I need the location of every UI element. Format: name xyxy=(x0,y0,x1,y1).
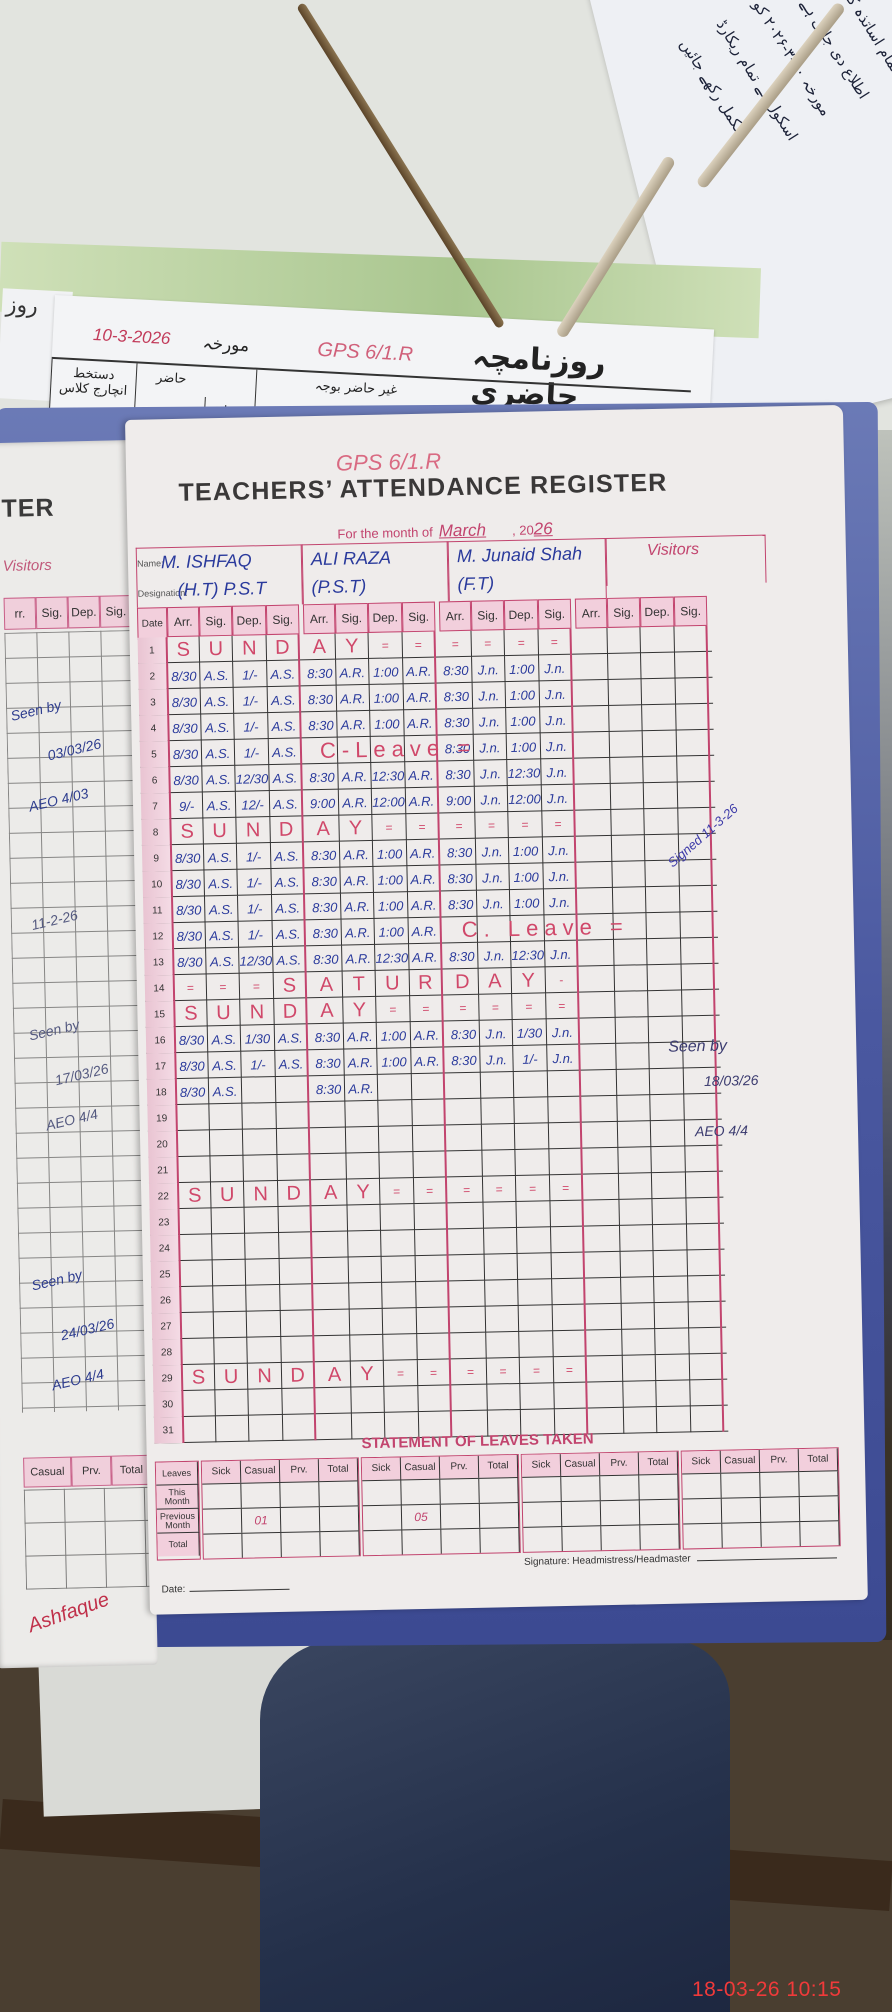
visitor-cell xyxy=(684,1094,718,1121)
casual-leave-note: C-Leave = xyxy=(320,735,477,764)
attendance-cell: A.S. xyxy=(205,896,239,923)
date-cell: 6 xyxy=(140,767,171,794)
year-value: 26 xyxy=(533,519,552,538)
attendance-cell: A.R. xyxy=(409,943,443,970)
column-header: Dep. xyxy=(640,597,675,628)
date-column-header: Date xyxy=(137,607,168,640)
attendance-cell: J.n. xyxy=(540,681,574,708)
attendance-cell: D xyxy=(270,816,304,843)
attendance-cell xyxy=(413,1125,447,1152)
teacher-block-2: ALI RAZA (P.S.T) xyxy=(302,541,449,604)
attendance-cell: J.n. xyxy=(543,837,577,864)
leaves-teacher-block: SickCasualPrv.Total01 xyxy=(201,1457,361,1559)
attendance-cell: J.n. xyxy=(473,708,507,735)
visitor-aeo: AEO 4/4 xyxy=(695,1122,748,1139)
attendance-cell: Y xyxy=(347,1179,381,1206)
date-cell: 1 xyxy=(138,637,169,664)
attendance-cell: N xyxy=(233,635,268,662)
attendance-cell xyxy=(517,1227,552,1254)
leaves-value-cell xyxy=(523,1527,562,1552)
attendance-cell xyxy=(180,1234,213,1261)
attendance-cell xyxy=(349,1257,383,1284)
leaves-value-cell xyxy=(402,1530,441,1555)
attendance-cell: 1:00 xyxy=(369,658,404,685)
attendance-cell xyxy=(514,1097,549,1124)
attendance-cell xyxy=(350,1335,384,1362)
visitor-cell xyxy=(581,888,614,915)
leaves-value-cell xyxy=(722,1523,761,1548)
attendance-cell xyxy=(551,1227,585,1254)
attendance-cell xyxy=(216,1416,250,1443)
visitor-seen-by: Seen by xyxy=(668,1038,727,1057)
attendance-cell: A.R. xyxy=(407,839,441,866)
attendance-cell: 1/- xyxy=(239,921,274,948)
column-header: Sig. xyxy=(402,602,436,633)
visitor-cell xyxy=(579,784,612,811)
attendance-cell: 9:00 xyxy=(307,790,340,817)
attendance-cell: 1:00 xyxy=(506,681,541,708)
attendance-cell: 8/30 xyxy=(172,844,205,871)
attendance-cell: = xyxy=(418,1359,452,1386)
column-header: Sig. xyxy=(335,603,369,634)
attendance-cell: 8/30 xyxy=(170,766,203,793)
attendance-cell: A.R. xyxy=(336,659,370,686)
attendance-cell: 12:30 xyxy=(375,944,410,971)
attendance-cell xyxy=(313,1102,346,1129)
attendance-cell: 8:30 xyxy=(312,1050,345,1077)
leaves-value-cell xyxy=(562,1501,601,1526)
teacher-designation: (P.S.T) xyxy=(311,576,366,598)
attendance-cell: = xyxy=(479,994,513,1021)
attendance-cell: J.n. xyxy=(542,785,576,812)
attendance-cell: S xyxy=(168,636,201,663)
attendance-cell: 8:30 xyxy=(306,764,339,791)
date-cell: 25 xyxy=(151,1261,182,1288)
leaves-value-cell: 01 xyxy=(242,1508,281,1533)
attendance-cell: 1/- xyxy=(237,843,272,870)
leaves-value-cell xyxy=(362,1480,401,1505)
attendance-cell xyxy=(282,1388,316,1415)
visitors-block: Visitors xyxy=(606,535,767,586)
attendance-cell: 8:30 xyxy=(442,761,475,788)
leaves-col-header: Prv. xyxy=(760,1449,799,1472)
attendance-cell: A.R. xyxy=(408,917,442,944)
attendance-cell xyxy=(279,1206,313,1233)
attendance-cell xyxy=(318,1309,351,1336)
attendance-cell: 8:30 xyxy=(304,660,337,687)
attendance-cell: 1/- xyxy=(234,687,269,714)
attendance-cell: 8:30 xyxy=(444,839,477,866)
leaves-col-header: Sick xyxy=(362,1457,401,1480)
visitor-cell xyxy=(580,836,613,863)
visitor-cell xyxy=(612,835,646,862)
visitor-cell xyxy=(578,758,611,785)
visitor-cell xyxy=(609,679,643,706)
visitor-cell xyxy=(618,1121,652,1148)
visitor-cell xyxy=(580,862,613,889)
attendance-cell xyxy=(182,1338,215,1365)
visitor-cell xyxy=(589,1252,622,1279)
visitor-cell xyxy=(584,1044,617,1071)
leaves-col-header: Prv. xyxy=(280,1459,319,1482)
attendance-cell: A.R. xyxy=(411,1021,445,1048)
attendance-cell: = xyxy=(384,1360,419,1387)
attendance-cell xyxy=(178,1156,211,1183)
attendance-cell: 1/- xyxy=(238,895,273,922)
signature-label: Signature: Headmistress/Headmaster xyxy=(524,1553,691,1567)
visitor-cell xyxy=(685,1146,719,1173)
attendance-cell xyxy=(382,1256,417,1283)
attendance-cell: Y xyxy=(339,815,373,842)
attendance-cell: 1:00 xyxy=(375,918,410,945)
attendance-cell: S xyxy=(171,818,204,845)
attendance-cell: = xyxy=(546,993,580,1020)
leaves-col-header: Casual xyxy=(561,1453,600,1476)
date-cell: 15 xyxy=(145,1001,176,1028)
attendance-cell: = xyxy=(447,995,480,1022)
attendance-cell: A.S. xyxy=(203,792,237,819)
attendance-cell xyxy=(515,1149,550,1176)
date-cell: 21 xyxy=(148,1157,179,1184)
leaves-value-cell xyxy=(601,1525,640,1550)
attendance-cell xyxy=(382,1282,417,1309)
attendance-cell: 1/- xyxy=(234,713,269,740)
date-cell: 30 xyxy=(153,1391,184,1418)
attendance-cell: = xyxy=(240,973,275,1000)
leaves-col-header: Total xyxy=(479,1455,518,1478)
attendance-cell: A.R. xyxy=(339,789,373,816)
attendance-cell xyxy=(384,1386,419,1413)
attendance-cell xyxy=(178,1130,211,1157)
leaves-col-header: Sick xyxy=(522,1454,561,1477)
date-cell: 8 xyxy=(141,819,172,846)
date-cell: 28 xyxy=(152,1339,183,1366)
visitor-cell xyxy=(608,653,642,680)
attendance-cell xyxy=(181,1260,214,1287)
attendance-cell xyxy=(214,1338,248,1365)
visitor-cell xyxy=(624,1407,658,1434)
visitor-cell xyxy=(643,731,678,758)
attendance-cell xyxy=(514,1071,549,1098)
visitor-cell xyxy=(585,1070,618,1097)
visitor-cell xyxy=(656,1354,691,1381)
visitor-cell xyxy=(583,966,616,993)
column-header: Arr. xyxy=(439,601,472,632)
attendance-cell: D xyxy=(267,634,301,661)
visitor-cell xyxy=(583,992,616,1019)
visitor-cell xyxy=(677,730,711,757)
attendance-register-page: GPS 6/1.R TEACHERS’ ATTENDANCE REGISTER … xyxy=(125,405,868,1615)
attendance-cell: A xyxy=(319,1361,352,1388)
leaves-value-cell xyxy=(480,1503,519,1528)
attendance-cell: 8:30 xyxy=(441,683,474,710)
visitor-cell xyxy=(610,731,644,758)
visitor-cell xyxy=(619,1173,653,1200)
attendance-cell: = xyxy=(538,629,572,656)
visitors-label: Visitors xyxy=(647,541,700,560)
teacher-name: M. Junaid Shah xyxy=(457,543,582,567)
attendance-cell xyxy=(379,1152,414,1179)
attendance-cell xyxy=(487,1384,521,1411)
visitor-cell xyxy=(688,1250,722,1277)
column-header: Sig. xyxy=(199,606,233,637)
visitor-cell xyxy=(587,1200,620,1227)
visitor-cell xyxy=(591,1382,624,1409)
attendance-cell xyxy=(453,1281,486,1308)
attendance-cell: 8:30 xyxy=(441,709,474,736)
attendance-cell xyxy=(317,1283,350,1310)
attendance-cell: A.S. xyxy=(269,738,303,765)
visitor-cell xyxy=(621,1277,655,1304)
daily-date: 10-3-2026 xyxy=(92,325,170,349)
attendance-cell xyxy=(316,1206,349,1233)
attendance-cell: 8/30 xyxy=(172,870,205,897)
leaves-value-cell xyxy=(363,1505,402,1530)
attendance-cell xyxy=(549,1123,583,1150)
leaves-value-cell xyxy=(480,1528,519,1553)
column-header: Sig. xyxy=(266,604,300,635)
attendance-cell: A xyxy=(311,972,344,999)
attendance-cell: A.S. xyxy=(206,922,240,949)
visitor-cell xyxy=(611,783,645,810)
attendance-cell xyxy=(516,1201,551,1228)
visitor-cell xyxy=(653,1224,688,1251)
visitor-cell xyxy=(611,809,645,836)
teacher-name: ALI RAZA xyxy=(311,547,391,570)
column-header: Dep. xyxy=(504,599,539,630)
attendance-cell: J.n. xyxy=(547,1045,581,1072)
leaves-value-cell xyxy=(722,1498,761,1523)
attendance-cell: A.R. xyxy=(405,762,439,789)
attendance-cell: A.R. xyxy=(342,919,376,946)
attendance-cell: A xyxy=(479,968,513,995)
attendance-cell: 8:30 xyxy=(440,657,473,684)
visitor-cell xyxy=(613,887,647,914)
attendance-cell xyxy=(281,1310,315,1337)
attendance-cell: D xyxy=(274,998,308,1025)
attendance-cell xyxy=(242,1077,277,1104)
attendance-cell xyxy=(381,1230,416,1257)
attendance-cell xyxy=(417,1333,451,1360)
leaves-value-cell xyxy=(320,1506,359,1531)
column-header: Dep. xyxy=(368,602,403,633)
leaves-value-cell xyxy=(640,1525,679,1550)
visitor-cell xyxy=(642,679,677,706)
attendance-cell: A.S. xyxy=(202,766,236,793)
date-cell: 14 xyxy=(145,975,176,1002)
attendance-cell: A.S. xyxy=(275,1024,309,1051)
visitor-cell xyxy=(686,1172,720,1199)
attendance-cell xyxy=(349,1283,383,1310)
attendance-cell xyxy=(248,1389,283,1416)
visitor-cell xyxy=(690,1354,724,1381)
attendance-cell: = xyxy=(410,995,444,1022)
visitor-cell xyxy=(609,705,643,732)
attendance-cell: J.n. xyxy=(474,734,508,761)
leaves-value-cell xyxy=(320,1531,359,1556)
date-cell: 24 xyxy=(150,1235,181,1262)
attendance-cell xyxy=(455,1385,488,1412)
date-cell: 20 xyxy=(148,1131,179,1158)
attendance-cell xyxy=(347,1205,381,1232)
attendance-cell: = xyxy=(372,814,407,841)
leaves-value-cell xyxy=(242,1533,281,1558)
visitor-cell xyxy=(647,938,682,965)
attendance-cell: J.n. xyxy=(473,682,507,709)
attendance-cell: Y xyxy=(351,1361,385,1388)
attendance-cell: A.S. xyxy=(268,712,302,739)
attendance-cell: = xyxy=(403,632,437,659)
leaves-table: LeavesThis MonthPrevious MonthTotalSickC… xyxy=(155,1447,843,1560)
attendance-cell: A.S. xyxy=(275,1050,309,1077)
visitor-cell xyxy=(652,1172,687,1199)
leaves-value-cell xyxy=(280,1482,319,1507)
visitor-cell xyxy=(621,1251,655,1278)
visitor-cell xyxy=(620,1225,654,1252)
attendance-cell: A.R. xyxy=(338,763,372,790)
attendance-cell: 8/30 xyxy=(173,896,206,923)
attendance-cell xyxy=(213,1286,247,1313)
column-header: Arr. xyxy=(167,606,200,637)
attendance-cell: 9:00 xyxy=(443,787,476,814)
attendance-cell xyxy=(549,1149,583,1176)
attendance-cell xyxy=(279,1232,313,1259)
leaves-value-cell xyxy=(479,1478,518,1503)
attendance-cell xyxy=(550,1201,584,1228)
attendance-cell: A.S. xyxy=(200,662,234,689)
leaves-value-cell xyxy=(281,1532,320,1557)
attendance-cell xyxy=(246,1259,281,1286)
visitor-cell xyxy=(650,1094,685,1121)
leaves-value-cell xyxy=(441,1504,480,1529)
attendance-cell xyxy=(184,1416,217,1443)
date-cell: 10 xyxy=(142,871,173,898)
attendance-cell: 1:00 xyxy=(507,733,542,760)
attendance-cell: 1/- xyxy=(513,1045,548,1072)
attendance-cell: D xyxy=(447,969,480,996)
attendance-cell: U xyxy=(203,818,237,845)
attendance-cell xyxy=(280,1258,314,1285)
attendance-cell: 1:00 xyxy=(505,655,540,682)
attendance-cell: A.S. xyxy=(268,686,302,713)
visitor-cell xyxy=(619,1199,653,1226)
attendance-cell: A.S. xyxy=(273,946,307,973)
visitor-cell xyxy=(691,1406,725,1433)
attendance-cell: J.n. xyxy=(477,890,511,917)
date-cell: 4 xyxy=(139,715,170,742)
attendance-cell xyxy=(249,1415,284,1442)
attendance-cell xyxy=(317,1258,350,1285)
attendance-cell xyxy=(378,1074,413,1101)
attendance-cell: D xyxy=(278,1180,312,1207)
leaves-value-cell xyxy=(363,1530,402,1555)
leaves-row-labels: LeavesThis MonthPrevious MonthTotal xyxy=(155,1461,201,1561)
column-header: Sig. xyxy=(607,597,641,628)
visitor-cell xyxy=(655,1302,690,1329)
visitor-cell xyxy=(590,1304,623,1331)
attendance-cell: = xyxy=(406,814,440,841)
leaves-col-header: Total xyxy=(799,1448,838,1471)
date-cell: 5 xyxy=(140,741,171,768)
attendance-cell xyxy=(515,1123,550,1150)
attendance-cell xyxy=(548,1097,582,1124)
teacher-block-3: M. Junaid Shah (F.T) xyxy=(448,538,607,601)
visitor-cell xyxy=(640,627,675,654)
left-col-header: Sig. xyxy=(100,595,133,628)
attendance-cell: = xyxy=(451,1177,484,1204)
visitor-cell xyxy=(682,964,716,991)
attendance-cell: J.n. xyxy=(472,656,506,683)
attendance-cell xyxy=(210,1130,244,1157)
attendance-cell xyxy=(452,1229,485,1256)
attendance-cell: 1/30 xyxy=(241,1025,276,1052)
page-title: TEACHERS’ ATTENDANCE REGISTER xyxy=(178,469,668,508)
visitor-cell xyxy=(644,808,679,835)
attendance-cell xyxy=(243,1155,278,1182)
attendance-cell: A.R. xyxy=(340,867,374,894)
attendance-cell: 1:00 xyxy=(509,837,544,864)
attendance-rows: 1SUNDAY======28/30A.S.1/-A.S.8:30A.R.1:0… xyxy=(138,626,729,1444)
teacher-designation: (H.T) P.S.T xyxy=(177,578,266,601)
attendance-cell: A.S. xyxy=(267,660,301,687)
attendance-cell: A xyxy=(304,634,337,661)
attendance-cell xyxy=(552,1279,586,1306)
attendance-cell: 8/30 xyxy=(177,1078,210,1105)
visitor-cell xyxy=(648,964,683,991)
attendance-cell: S xyxy=(179,1182,212,1209)
attendance-cell xyxy=(314,1128,347,1155)
attendance-cell xyxy=(485,1280,519,1307)
attendance-cell xyxy=(183,1390,216,1417)
attendance-cell: U xyxy=(211,1182,245,1209)
leaves-col-header: Total xyxy=(319,1458,358,1481)
attendance-cell xyxy=(412,1073,446,1100)
visitor-cell xyxy=(587,1174,620,1201)
date-cell: 17 xyxy=(146,1053,177,1080)
attendance-cell: N xyxy=(244,1181,279,1208)
leaves-teacher-block: SickCasualPrv.Total05 xyxy=(361,1454,521,1556)
attendance-cell: = xyxy=(554,1357,588,1384)
visitor-cell xyxy=(687,1224,721,1251)
attendance-cell xyxy=(345,1101,379,1128)
attendance-cell: J.n. xyxy=(480,1020,514,1047)
visitor-cell xyxy=(651,1120,686,1147)
attendance-cell: 8:30 xyxy=(310,946,343,973)
attendance-cell: R xyxy=(410,969,444,996)
column-header: Arr. xyxy=(575,598,608,629)
attendance-cell: Y xyxy=(512,967,547,994)
teacher-block-1: Name: Designation: M. ISHFAQ (H.T) P.S.T xyxy=(136,544,303,607)
attendance-cell: A.S. xyxy=(201,714,235,741)
attendance-cell: J.n. xyxy=(547,1019,581,1046)
date-line: Date: xyxy=(161,1582,289,1596)
date-cell: 11 xyxy=(143,897,174,924)
attendance-cell: J.n. xyxy=(541,759,575,786)
visitor-cell xyxy=(652,1198,687,1225)
attendance-cell: A.S. xyxy=(202,740,236,767)
column-header: Sig. xyxy=(538,599,572,630)
leaves-row-label: Total xyxy=(157,1532,199,1557)
visitor-cell xyxy=(579,810,612,837)
attendance-cell: 12/30 xyxy=(239,947,274,974)
attendance-cell: 1:00 xyxy=(373,866,408,893)
visitor-cell xyxy=(622,1303,656,1330)
attendance-cell: N xyxy=(240,999,275,1026)
attendance-cell xyxy=(276,1076,310,1103)
date-cell: 29 xyxy=(153,1365,184,1392)
attendance-cell: Y xyxy=(336,633,370,660)
attendance-cell xyxy=(212,1234,246,1261)
